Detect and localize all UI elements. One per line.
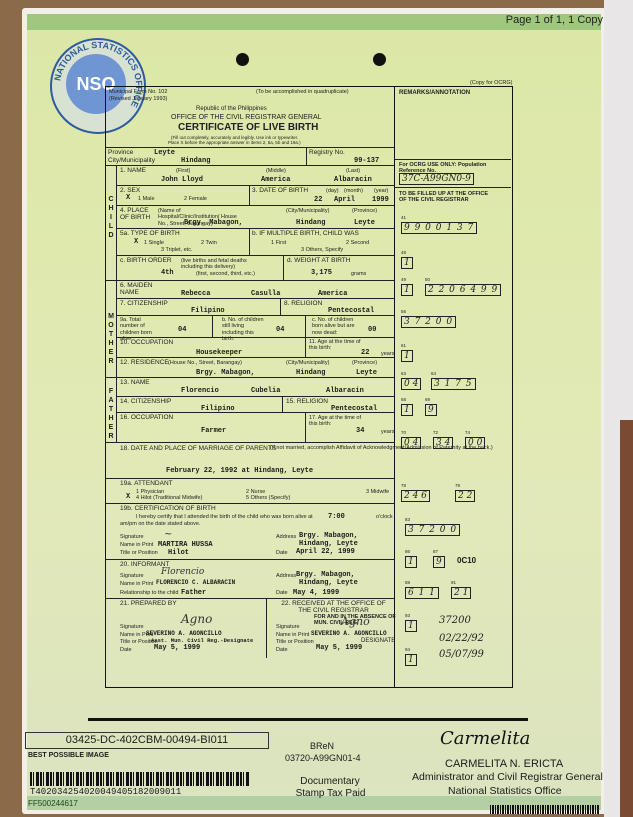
code-label: 74 [465,430,470,435]
remarks-label: REMARKS/ANNOTATION [399,90,470,96]
residence-value: Brgy. Mabagon, [196,369,255,377]
mother-citizenship-label: 7. CITIZENSHIP [120,300,168,307]
code-68-value: 1 [401,404,413,416]
office-label: OFFICE OF THE CIVIL REGISTRAR GENERAL [171,114,322,122]
code-79-value: 2 2 [455,490,475,502]
code-label: 64 [431,371,436,376]
section-child-label: CHILD [107,195,115,240]
father-middle-name: Cubelia [251,387,280,395]
section-mother-label: MOTHER [107,312,115,366]
informant-relationship: Father [181,589,206,597]
title-label: Title or Position [120,550,158,556]
code-88-value: 6 1 1 [405,587,439,599]
pob-prov-label: (Province) [352,208,377,214]
receiver-title: DESIGNATE [361,638,395,645]
signature-label: Signature [120,624,144,630]
father-occupation: Farmer [201,427,226,435]
province-value: Leyte [154,149,175,157]
population-reference-number: 37C-A99GN0-9 [399,173,474,185]
living-value: 04 [276,326,284,334]
code-label: 68 [401,397,406,402]
maiden-name-label: 6. MAIDEN NAME [120,282,160,296]
stamp-tax-line-1: Documentary [290,776,370,787]
barcode-number: T402034254020049405182009011 [30,787,181,797]
dob-day: 22 [314,196,322,204]
code-label: 72 [433,430,438,435]
child-middle-name: America [261,176,290,184]
handwritten-note: 02/22/92 [439,633,484,644]
residence-city: Hindang [296,369,325,377]
mother-first-name: Rebecca [181,290,210,298]
fill-up-label: TO BE FILLED UP AT THE OFFICE OF THE CIV… [399,191,489,204]
registrar-signature: Carmelita [440,728,530,749]
residence-label: 12. RESIDENCE [120,359,169,366]
informant-date: May 4, 1999 [293,589,339,597]
code-label: 86 [405,549,410,554]
father-citizenship-label: 14. CITIZENSHIP [120,398,171,405]
last-label: (Last) [346,168,360,174]
middle-label: (Middle) [266,168,286,174]
form-number: Municipal Form No. 102 [109,89,167,95]
code-label: 88 [405,580,410,585]
preparer-date: May 5, 1999 [154,644,200,652]
punch-hole [236,53,249,66]
birth-order-hint2: (first, second, third, etc.) [196,271,255,277]
pob-place: Brgy. Mabagon, [184,219,243,227]
certification-text: I hereby certify that I attended the bir… [136,514,313,520]
code-94-value: 1 [405,654,417,666]
code-label: 69 [425,397,430,402]
signatory-title: Administrator and Civil Registrar Genera… [412,771,603,783]
mother-religion-label: 8. RELIGION [284,300,322,307]
mother-occupation: Housekeeper [196,349,242,357]
grams-label: grams [351,271,366,277]
preparer-name: SEVERINO A. AGONCILLO [146,630,222,637]
signature-label: Signature [276,624,300,630]
certification-label: 19b. CERTIFICATION OF BIRTH [120,505,216,512]
section-father-label: FATHER [107,387,115,441]
code-86-value: 1 [405,556,417,568]
birth-order-label: c. BIRTH ORDER [120,257,172,264]
code-label: 41 [401,215,406,220]
dob-month: April [334,196,355,204]
month-label: (month) [344,188,363,194]
name-in-print-label: Name in Print [120,542,153,548]
page-indicator: Page 1 of 1, 1 Copy [506,14,603,26]
sex-label: 2. SEX [120,187,140,194]
date-label: Date [120,647,132,653]
address-label: Address [276,534,296,540]
instructions: Place X before the appropriate answer in… [168,140,301,145]
barcode [30,772,250,786]
stamp-code: 0C10 [457,556,476,565]
received-label: 22. RECEIVED AT THE OFFICE OF THE CIVIL … [276,600,391,614]
name-in-print-label: Name in Print [120,581,153,587]
code-72-value: 3 4 [433,437,453,449]
father-occupation-label: 16. OCCUPATION [120,414,173,421]
code-91-value: 2 1 [451,587,471,599]
residence-province: Leyte [356,369,377,377]
code-label: 48 [401,250,406,255]
name-in-print-label: Name in Print [276,632,309,638]
birth-certificate-form: Municipal Form No. 102 (Revised January … [105,86,395,688]
weight-label: d. WEIGHT AT BIRTH [287,257,350,264]
code-label: 87 [433,549,438,554]
type-of-birth-label: 5a. TYPE OF BIRTH [120,230,180,237]
code-label: 93 [405,613,410,618]
city-label: City/Municipality [108,157,155,164]
code-label: 63 [401,371,406,376]
best-image-label: BEST POSSIBLE IMAGE [28,752,109,759]
born-alive-value: 04 [178,326,186,334]
dob-label: 3. DATE OF BIRTH [252,187,308,194]
signatory-name: CARMELITA N. ERICTA [445,758,563,770]
others-option: 3 Others, Specify [301,247,343,253]
multiple-birth-label: b. IF MULTIPLE BIRTH, CHILD WAS [252,230,359,237]
code-64-value: 3 1 7 5 [431,378,476,390]
relationship-label: Relationship to the child [120,590,178,596]
father-age: 34 [356,427,364,435]
code-label: 70 [401,430,406,435]
code-label: 78 [401,483,406,488]
code-label: 94 [405,647,410,652]
informant-address-1: Brgy. Mabagon, [296,571,355,579]
attendant-name: MARTIRA HUSSA [158,541,213,549]
place-of-birth-label: 4. PLACE OF BIRTH [120,207,158,221]
mother-age-label: 11. Age at the time of this birth: [309,339,369,352]
code-41-value: 9 9 0 0 1 3 7 [401,222,477,234]
remarks-column: REMARKS/ANNOTATION For OCRG USE ONLY: Po… [395,86,513,688]
prepared-by-label: 21. PREPARED BY [120,600,177,607]
serial-number: FF500244617 [28,799,78,808]
sex-male-mark: X [126,194,130,202]
code-label: 91 [451,580,456,585]
attendant-title: Hilot [168,549,189,557]
quadruplicate-note: (To be accomplished in quadruplicate) [256,89,349,95]
father-religion-label: 15. RELIGION [286,398,328,405]
twin-option: 2 Twin [201,240,217,246]
mother-religion: Pentecostal [328,307,374,315]
bren-code: 03720-A99GN01-4 [285,753,361,763]
form-revised: (Revised January 1993) [109,96,167,102]
single-option: 1 Single [144,240,164,246]
code-label: 61 [401,343,406,348]
child-first-name: John Lloyd [161,176,203,184]
preparer-title: Asst. Mun. Civil Reg.-Designate [151,637,253,644]
father-age-label: 17. Age at the time of this birth: [309,415,369,428]
republic-label: Republic of the Philippines [196,106,267,113]
code-61-value: 1 [401,350,413,362]
years-label: years [381,429,394,435]
informant-address-2: Hindang, Leyte [299,579,358,587]
attendant-date: April 22, 1999 [296,548,355,556]
attendant-signature: ~ [164,529,172,540]
code-label: 79 [455,483,460,488]
signature-label: Signature [120,573,144,579]
code-label: 83 [405,517,410,522]
receiver-date: May 5, 1999 [316,644,362,652]
dead-label: c. No. of children born alive but are no… [312,317,357,336]
code-78-value: 2 4 6 [401,490,430,502]
pob-city: Hindang [296,219,325,227]
mother-citizenship: Filipino [191,307,225,315]
code-87-value: 9 [433,556,445,568]
male-option: 1 Male [138,196,155,202]
residence-prov-label: (Province) [352,360,377,366]
pob-province: Leyte [354,219,375,227]
form-bottom-rule [88,718,528,721]
receiver-name: SEVERINO A. AGONCILLO [311,630,387,637]
document-id: 03425-DC-402CBM-00494-BI011 [25,732,269,749]
weight-value: 3,175 [311,269,332,277]
others-option: 5 Others (Specify) [246,495,290,501]
address-label: Address [276,573,296,579]
ampm-label: am/pm on the date stated above. [120,521,200,527]
code-label: 50 [425,277,430,282]
title-label: Title or Position [276,639,314,645]
punch-hole [373,53,386,66]
bren-label: BReN [310,741,334,751]
child-last-name: Albaracin [334,176,372,184]
receiver-signature: Agno [341,615,370,628]
birth-order-hint: (live births and fetal deaths including … [181,258,261,271]
signature-label: Signature [120,534,144,540]
mother-occupation-label: 10. OCCUPATION [120,339,173,346]
code-83-value: 3 7 2 0 0 [405,524,460,536]
informant-signature: Florencio [161,567,204,577]
year-label: (year) [374,188,388,194]
code-56-value: 3 7 2 0 0 [401,316,456,328]
living-label: b. No. of children still living includin… [222,317,267,342]
pob-city-label: (City/Municipality) [286,208,329,214]
code-49-value: 1 [401,284,413,296]
code-label: 49 [401,277,406,282]
birth-time: 7:00 [328,513,345,521]
informant-name: FLORENCIO C. ALBARACIN [156,579,235,586]
registry-label: Registry No. [309,149,345,156]
date-label: Date [276,647,288,653]
child-name-label: 1. NAME [120,167,146,174]
attendant-address-1: Brgy. Mabagon, [299,532,358,540]
oclock-label: o'clock [376,514,393,520]
preparer-signature: Agno [181,612,212,626]
day-label: (day) [326,188,339,194]
barcode-small [490,805,600,814]
handwritten-note: 37200 [439,615,471,626]
father-first-name: Florencio [181,387,219,395]
triplet-option: 3 Triplet, etc. [161,247,193,253]
second-option: 2 Second [346,240,369,246]
hilot-option: 4 Hilot (Traditional Midwife) [136,495,202,501]
date-label: Date [276,550,288,556]
handwritten-note: 05/07/99 [439,649,484,660]
father-name-label: 13. NAME [120,379,150,386]
code-48-value: 1 [401,257,413,269]
code-63-value: 0 4 [401,378,421,390]
document-title: CERTIFICATE OF LIVE BIRTH [178,122,318,134]
code-label: 56 [401,309,406,314]
hilot-mark: X [126,493,130,501]
first-label: (First) [176,168,190,174]
code-74-value: 0 0 [465,437,485,449]
province-label: Province [108,149,133,156]
code-50-value: 2 2 0 6 4 9 9 [425,284,501,296]
residence-hint: (House No., Street, Barangay) [168,360,242,366]
stamp-tax-line-2: Stamp Tax Paid [283,788,378,799]
code-93-value: 1 [405,620,417,632]
background-edge [620,420,633,817]
residence-city-label: (City/Municipality) [286,360,329,366]
marriage-value: February 22, 1992 at Hindang, Leyte [166,467,313,475]
midwife-option: 3 Midwife [366,489,389,495]
mother-age: 22 [361,349,369,357]
signatory-office: National Statistics Office [448,785,562,797]
father-last-name: Albaracin [326,387,364,395]
code-70-value: 0 4 [401,437,421,449]
mother-middle-name: Casulla [251,290,280,298]
single-mark: X [134,238,138,246]
dob-year: 1999 [372,196,389,204]
attendant-label: 19a. ATTENDANT [120,480,173,487]
dead-value: 00 [368,326,376,334]
birth-order-value: 4th [161,269,174,277]
mother-last-name: America [318,290,347,298]
date-label: Date [276,590,288,596]
code-69-value: 9 [425,404,437,416]
attendant-address-2: Hindang, Leyte [299,540,358,548]
registry-number: 99-137 [354,157,379,165]
first-option: 1 First [271,240,286,246]
city-value: Hindang [181,157,210,165]
female-option: 2 Female [184,196,207,202]
